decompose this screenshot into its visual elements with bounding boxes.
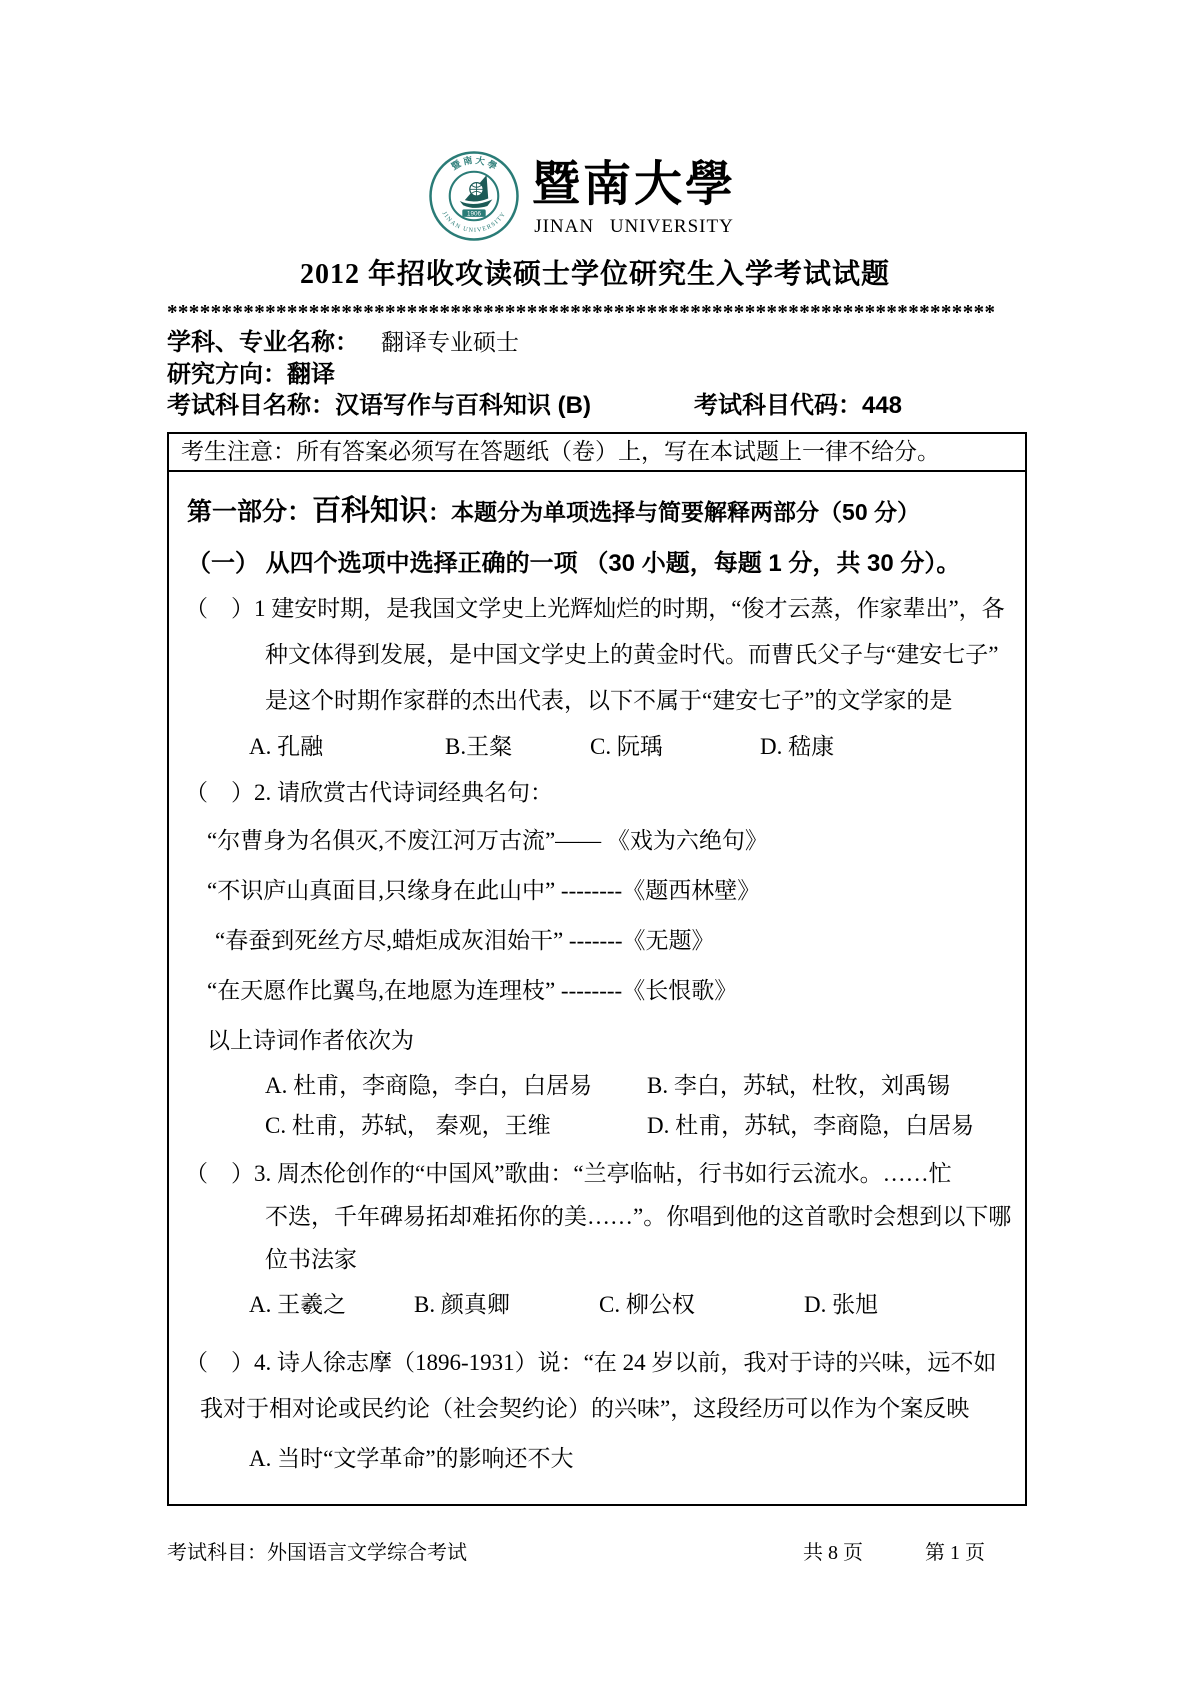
question-2-options-row2: C. 杜甫，苏轼， 秦观，王维 D. 杜甫，苏轼，李商隐，白居易 bbox=[185, 1106, 1009, 1146]
seal-year: 1906 bbox=[467, 211, 481, 218]
part1-heading: 第一部分：百科知识：本题分为单项选择与简要解释两部分（50 分） bbox=[187, 488, 1009, 529]
university-name-latin: JINAN UNIVERSITY bbox=[532, 216, 736, 238]
meta-direction: 研究方向：翻译 bbox=[167, 359, 1027, 390]
question-1: （ ）1 建安时期，是我国文学史上光辉灿烂的时期，“俊才云蒸，作家辈出”，各 种… bbox=[185, 586, 1009, 770]
option-c: C. 柳公权 bbox=[599, 1281, 804, 1328]
question-2-poem4: “在天愿作比翼鸟,在地愿为连理枝” --------《长恨歌》 bbox=[185, 966, 1009, 1016]
option-b: B. 颜真卿 bbox=[414, 1281, 599, 1328]
question-3: （ ）3. 周杰伦创作的“中国风”歌曲：“兰亭临帖，行书如行云流水。……忙 不迭… bbox=[185, 1152, 1009, 1328]
question-2-intro: （ ）2. 请欣赏古代诗词经典名句： bbox=[185, 770, 1009, 816]
section1-heading: （一） 从四个选项中选择正确的一项 （30 小题，每题 1 分，共 30 分）。 bbox=[187, 543, 1009, 578]
question-2-poem2: “不识庐山真面目,只缘身在此山中” --------《题西林壁》 bbox=[185, 866, 1009, 916]
option-a: A. 当时“文学革命”的影响还不大 bbox=[185, 1436, 1009, 1482]
question-1-line1: （ ）1 建安时期，是我国文学史上光辉灿烂的时期，“俊才云蒸，作家辈出”，各 bbox=[185, 586, 1009, 632]
page-footer: 考试科目：外国语言文学综合考试 共 8 页 第 1 页 bbox=[167, 1536, 1027, 1565]
meta-course: 考试科目名称：汉语写作与百科知识 (B)考试科目代码：448 bbox=[167, 390, 1027, 422]
university-logo: 暨 南 大 學 JINAN UNIVERSITY 1906 暨南大學 JINAN… bbox=[428, 150, 1190, 242]
question-4-line1: （ ）4. 诗人徐志摩（1896-1931）说：“在 24 岁以前，我对于诗的兴… bbox=[185, 1340, 1009, 1386]
exam-meta: 学科、专业名称：翻译专业硕士 研究方向：翻译 考试科目名称：汉语写作与百科知识 … bbox=[167, 327, 1027, 422]
candidate-notice: 考生注意：所有答案必须写在答题纸（卷）上，写在本试题上一律不给分。 bbox=[167, 432, 1027, 472]
question-4: （ ）4. 诗人徐志摩（1896-1931）说：“在 24 岁以前，我对于诗的兴… bbox=[185, 1340, 1009, 1482]
question-3-line2: 不迭，千年碑易拓却难拓你的美……”。你唱到他的这首歌时会想到以下哪 bbox=[185, 1195, 1009, 1238]
question-3-line3: 位书法家 bbox=[185, 1238, 1009, 1281]
meta-subject: 学科、专业名称：翻译专业硕士 bbox=[167, 327, 1027, 359]
meta-subject-value: 翻译专业硕士 bbox=[381, 330, 519, 355]
question-1-line2: 种文体得到发展，是中国文学史上的黄金时代。而曹氏父子与“建安七子” bbox=[185, 632, 1009, 678]
option-d: D. 嵇康 bbox=[760, 724, 834, 770]
university-name-chinese: 暨南大學 bbox=[532, 150, 736, 220]
separator-line: ****************************************… bbox=[167, 300, 1027, 325]
option-a: A. 孔融 bbox=[249, 724, 445, 770]
option-d: D. 杜甫，苏轼，李商隐，白居易 bbox=[647, 1106, 974, 1146]
meta-subject-label: 学科、专业名称： bbox=[167, 329, 359, 356]
meta-course-code: 考试科目代码：448 bbox=[694, 392, 902, 419]
option-b: B.王粲 bbox=[445, 724, 590, 770]
question-1-options: A. 孔融 B.王粲 C. 阮瑀 D. 嵇康 bbox=[185, 724, 1009, 770]
question-2-options-row1: A. 杜甫，李商隐，李白，白居易 B. 李白，苏轼，杜牧，刘禹锡 bbox=[185, 1066, 1009, 1106]
option-a: A. 杜甫，李商隐，李白，白居易 bbox=[265, 1066, 647, 1106]
university-name-block: 暨南大學 JINAN UNIVERSITY bbox=[532, 150, 736, 238]
university-seal-icon: 暨 南 大 學 JINAN UNIVERSITY 1906 bbox=[428, 150, 520, 242]
footer-course: 考试科目：外国语言文学综合考试 bbox=[167, 1536, 803, 1565]
question-1-line3: 是这个时期作家群的杰出代表，以下不属于“建安七子”的文学家的是 bbox=[185, 678, 1009, 724]
question-2-poem1: “尔曹身为名俱灭,不废江河万古流”—— 《戏为六绝句》 bbox=[185, 816, 1009, 866]
option-d: D. 张旭 bbox=[804, 1281, 878, 1328]
part1-name: 百科知识 bbox=[312, 495, 428, 527]
option-c: C. 阮瑀 bbox=[590, 724, 760, 770]
option-c: C. 杜甫，苏轼， 秦观，王维 bbox=[265, 1106, 647, 1146]
option-a: A. 王羲之 bbox=[249, 1281, 414, 1328]
question-2-prompt: 以上诗词作者依次为 bbox=[185, 1016, 1009, 1066]
part1-desc: ：本题分为单项选择与简要解释两部分（50 分） bbox=[428, 499, 920, 525]
meta-course-name: 考试科目名称：汉语写作与百科知识 (B) bbox=[167, 392, 591, 419]
question-2-poem3: “春蚕到死丝方尽,蜡炬成灰泪始干” -------《无题》 bbox=[185, 916, 1009, 966]
exam-title: 2012 年招收攻读硕士学位研究生入学考试试题 bbox=[0, 252, 1190, 292]
question-2: （ ）2. 请欣赏古代诗词经典名句： “尔曹身为名俱灭,不废江河万古流”—— 《… bbox=[185, 770, 1009, 1146]
exam-body: 第一部分：百科知识：本题分为单项选择与简要解释两部分（50 分） （一） 从四个… bbox=[167, 470, 1027, 1506]
footer-total-pages: 共 8 页 bbox=[803, 1536, 863, 1565]
part1-label: 第一部分： bbox=[187, 498, 312, 526]
question-3-options: A. 王羲之 B. 颜真卿 C. 柳公权 D. 张旭 bbox=[185, 1281, 1009, 1328]
option-b: B. 李白，苏轼，杜牧，刘禹锡 bbox=[647, 1066, 950, 1106]
question-3-line1: （ ）3. 周杰伦创作的“中国风”歌曲：“兰亭临帖，行书如行云流水。……忙 bbox=[185, 1152, 1009, 1195]
question-4-line2: 我对于相对论或民约论（社会契约论）的兴味”，这段经历可以作为个案反映 bbox=[185, 1386, 1009, 1432]
footer-current-page: 第 1 页 bbox=[925, 1536, 985, 1565]
